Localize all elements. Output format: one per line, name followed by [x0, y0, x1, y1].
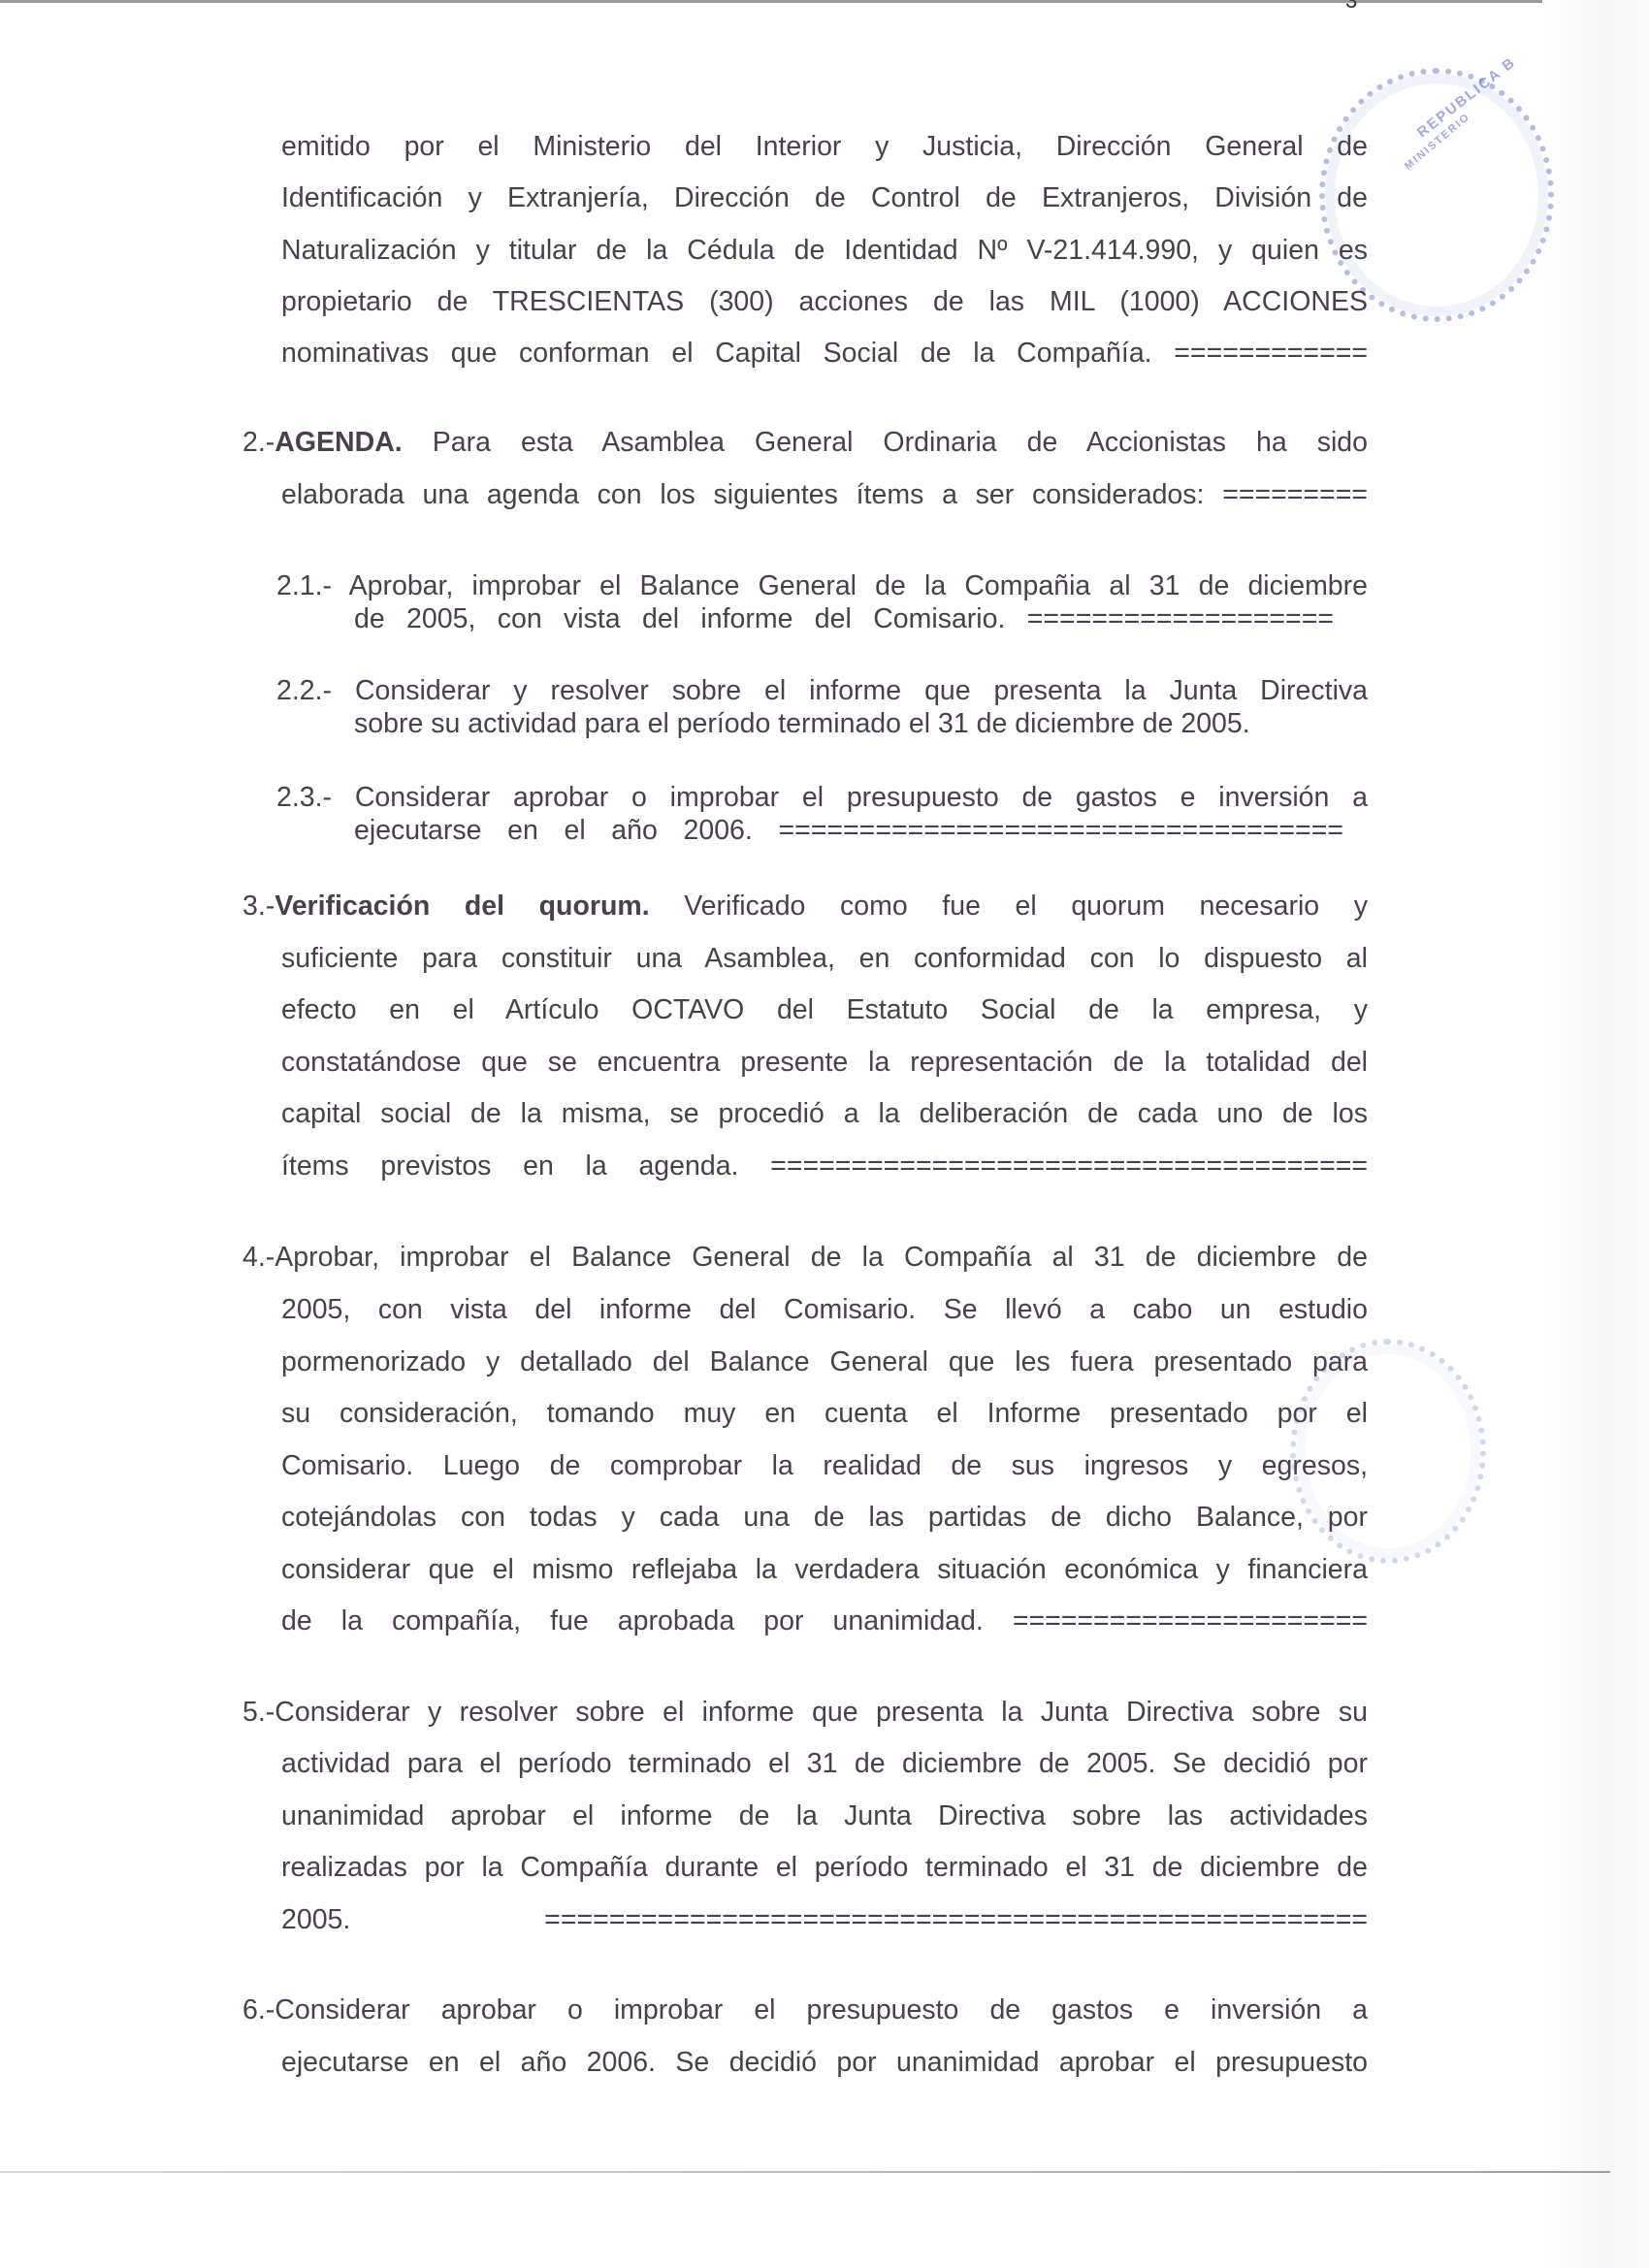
- text-line: pormenorizado y detallado del Balance Ge…: [281, 1346, 1368, 1378]
- text-line: sobre su actividad para el período termi…: [354, 708, 1368, 740]
- text-line: considerar que el mismo reflejaba la ver…: [281, 1554, 1368, 1586]
- text-segment: Considerar y resolver sobre el informe q…: [275, 1697, 1368, 1728]
- text-line: elaborada una agenda con los siguientes …: [281, 479, 1368, 511]
- text-line: propietario de TRESCIENTAS (300) accione…: [281, 286, 1368, 318]
- section-first-line: 6.-Considerar aprobar o improbar el pres…: [242, 1994, 1368, 2026]
- section-number: 5.-: [242, 1697, 275, 1728]
- text-line: efecto en el Artículo OCTAVO del Estatut…: [281, 994, 1368, 1026]
- agenda-item-2-2: 2.2.- Considerar y resolver sobre el inf…: [276, 675, 1368, 707]
- text-line: Identificación y Extranjería, Dirección …: [281, 182, 1368, 214]
- text-segment: Considerar aprobar o improbar el presupu…: [275, 1994, 1368, 2025]
- section-number: 2.-: [242, 427, 275, 458]
- text-line: realizadas por la Compañía durante el pe…: [281, 1852, 1368, 1884]
- text-segment: Para esta Asamblea General Ordinaria de …: [403, 427, 1368, 458]
- agenda-item-2-1: 2.1.- Aprobar, improbar el Balance Gener…: [276, 570, 1368, 602]
- text-line: emitido por el Ministerio del Interior y…: [281, 131, 1368, 163]
- item-text: Considerar y resolver sobre el informe q…: [355, 675, 1368, 706]
- text-line: actividad para el período terminado el 3…: [281, 1748, 1368, 1780]
- text-line: 2005, con vista del informe del Comisari…: [281, 1294, 1368, 1326]
- scan-top-edge: [0, 0, 1649, 3]
- text-line: ejecutarse en el año 2006. Se decidió po…: [281, 2047, 1368, 2079]
- text-line: de 2005, con vista del informe del Comis…: [354, 603, 1334, 635]
- item-number: 2.2.-: [276, 675, 332, 706]
- text-line: suficiente para constituir una Asamblea,…: [281, 943, 1368, 975]
- text-line: unanimidad aprobar el informe de la Junt…: [281, 1800, 1368, 1832]
- scan-right-margin: [1542, 0, 1649, 2268]
- section-heading-line: 3.-Verificación del quorum. Verificado c…: [242, 891, 1368, 923]
- section-heading: Verificación del quorum.: [275, 891, 649, 922]
- text-line: nominativas que conforman el Capital Soc…: [281, 338, 1368, 370]
- text-line: capital social de la misma, se procedió …: [281, 1098, 1368, 1130]
- item-number: 2.3.-: [276, 782, 332, 813]
- section-first-line: 4.-Aprobar, improbar el Balance General …: [242, 1242, 1368, 1274]
- page-number: 3: [1345, 0, 1357, 14]
- section-number: 4.-: [242, 1242, 275, 1273]
- text-segment: Aprobar, improbar el Balance General de …: [275, 1242, 1368, 1273]
- text-line: cotejándolas con todas y cada una de las…: [281, 1502, 1368, 1534]
- section-heading: AGENDA.: [275, 427, 402, 458]
- item-text: Aprobar, improbar el Balance General de …: [349, 570, 1368, 601]
- section-number: 6.-: [242, 1994, 275, 2025]
- text-line: Naturalización y titular de la Cédula de…: [281, 235, 1368, 267]
- text-line: Comisario. Luego de comprobar la realida…: [281, 1450, 1368, 1482]
- text-line: 2005. ==================================…: [281, 1904, 1368, 1936]
- section-number: 3.-: [242, 891, 275, 922]
- item-number: 2.1.-: [276, 570, 332, 601]
- text-line: de la compañía, fue aprobada por unanimi…: [281, 1605, 1368, 1637]
- text-line: ítems previstos en la agenda. ==========…: [281, 1150, 1368, 1183]
- item-text: Considerar aprobar o improbar el presupu…: [355, 782, 1368, 813]
- text-line: constatándose que se encuentra presente …: [281, 1047, 1368, 1079]
- section-first-line: 5.-Considerar y resolver sobre el inform…: [242, 1697, 1368, 1729]
- text-line: su consideración, tomando muy en cuenta …: [281, 1398, 1368, 1430]
- scan-bottom-edge: [0, 2171, 1610, 2173]
- text-segment: Verificado como fue el quorum necesario …: [650, 891, 1368, 922]
- section-heading-line: 2.-AGENDA. Para esta Asamblea General Or…: [242, 427, 1368, 459]
- agenda-item-2-3: 2.3.- Considerar aprobar o improbar el p…: [276, 782, 1368, 814]
- text-line: ejecutarse en el año 2006. =============…: [354, 815, 1343, 847]
